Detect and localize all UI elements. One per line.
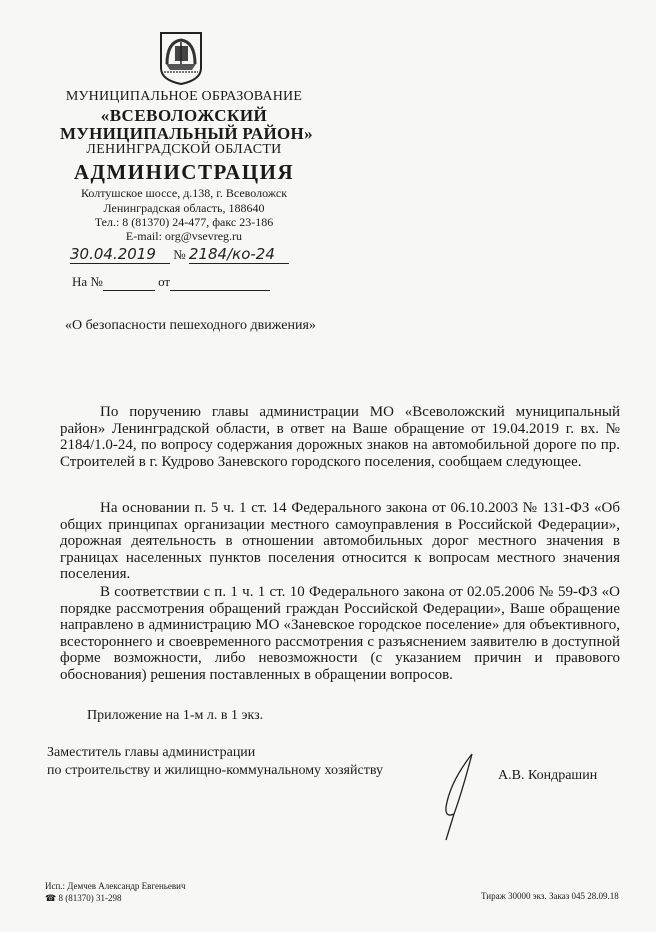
- org-line-2: «ВСЕВОЛОЖСКИЙ: [60, 106, 308, 126]
- ref-label: На №: [72, 274, 103, 289]
- address-line-1: Колтушское шоссе, д.138, г. Всеволожск: [60, 186, 308, 201]
- reference-line: На № от: [72, 274, 270, 291]
- org-line-3: МУНИЦИПАЛЬНЫЙ РАЙОН»: [60, 124, 308, 144]
- paragraph-2: На основании п. 5 ч. 1 ст. 14 Федерально…: [60, 500, 620, 583]
- handwritten-signature: [440, 752, 480, 842]
- org-title: АДМИНИСТРАЦИЯ: [60, 160, 308, 185]
- paragraph-1: По поручению главы администрации МО «Все…: [60, 404, 620, 470]
- signatory-title-1: Заместитель главы администрации: [47, 745, 255, 761]
- email: E-mail: org@vsevreg.ru: [60, 229, 308, 244]
- outgoing-number: 2184/ко-24: [189, 245, 289, 264]
- outgoing-date: 30.04.2019: [70, 245, 170, 264]
- subject: «О безопасности пешеходного движения»: [65, 318, 316, 334]
- address-line-2: Ленинградская область, 188640: [60, 201, 308, 216]
- paragraph-3: В соответствии с п. 1 ч. 1 ст. 10 Федера…: [60, 584, 620, 683]
- print-info: Тираж 30000 экз. Заказ 045 28.09.18: [481, 891, 619, 901]
- org-line-1: МУНИЦИПАЛЬНОЕ ОБРАЗОВАНИЕ: [60, 89, 308, 105]
- ref-from-label: от: [158, 274, 170, 289]
- registration-line: 30.04.2019 № 2184/ко-24: [70, 245, 289, 264]
- coat-of-arms-icon: [158, 30, 204, 86]
- phone-fax: Тел.: 8 (81370) 24-477, факс 23-186: [60, 215, 308, 230]
- attachment-note: Приложение на 1-м л. в 1 экз.: [87, 708, 263, 724]
- executor-name: Исп.: Демчев Александр Евгеньевич: [45, 881, 185, 891]
- org-line-4: ЛЕНИНГРАДСКОЙ ОБЛАСТИ: [60, 142, 308, 158]
- executor-phone: ☎ 8 (81370) 31-298: [45, 893, 121, 904]
- signatory-title-2: по строительству и жилищно-коммунальному…: [47, 763, 383, 779]
- number-label: №: [173, 247, 185, 262]
- signatory-name: А.В. Кондрашин: [498, 768, 597, 784]
